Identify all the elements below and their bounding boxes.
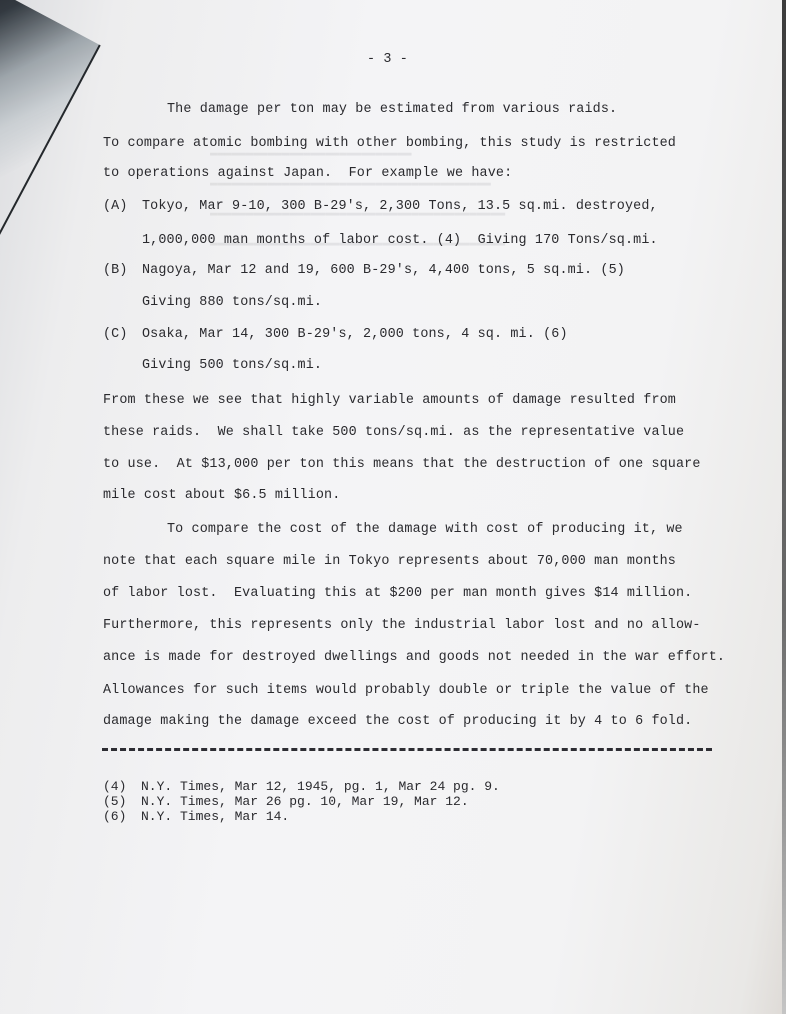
example-a-line-2: 1,000,000 man months of labor cost. (4) …	[142, 233, 658, 248]
example-a-line-1: Tokyo, Mar 9-10, 300 B-29's, 2,300 Tons,…	[142, 199, 658, 214]
paragraph-1-line-3: to operations against Japan. For example…	[103, 166, 512, 181]
footnote-5: (5)N.Y. Times, Mar 26 pg. 10, Mar 19, Ma…	[103, 794, 469, 809]
document-page: ▬▬▬▬▬▬▬▬▬▬▬▬▬▬▬▬▬▬▬▬▬▬▬▬▬▬▬▬ ▬▬▬▬▬▬▬▬▬▬▬…	[0, 0, 786, 1014]
paragraph-3-line-2: note that each square mile in Tokyo repr…	[103, 554, 676, 569]
paragraph-3-line-7: damage making the damage exceed the cost…	[103, 714, 692, 729]
example-b-line-1: Nagoya, Mar 12 and 19, 600 B-29's, 4,400…	[142, 263, 625, 278]
paragraph-3-line-1: To compare the cost of the damage with c…	[167, 522, 683, 537]
paragraph-3-line-5: ance is made for destroyed dwellings and…	[103, 650, 725, 665]
footnote-divider	[102, 748, 712, 751]
footnote-4: (4)N.Y. Times, Mar 12, 1945, pg. 1, Mar …	[103, 779, 500, 794]
paragraph-2-line-3: to use. At $13,000 per ton this means th…	[103, 457, 701, 472]
paragraph-3-line-6: Allowances for such items would probably…	[103, 683, 709, 698]
page-number: - 3 -	[367, 52, 408, 67]
footnote-text: N.Y. Times, Mar 26 pg. 10, Mar 19, Mar 1…	[141, 794, 469, 809]
paragraph-1-line-1: The damage per ton may be estimated from…	[167, 102, 617, 117]
footnote-number: (5)	[103, 794, 141, 809]
paragraph-1-line-2: To compare atomic bombing with other bom…	[103, 136, 676, 151]
footnote-number: (6)	[103, 809, 141, 824]
paragraph-2-line-4: mile cost about $6.5 million.	[103, 488, 340, 503]
example-b-line-2: Giving 880 tons/sq.mi.	[142, 295, 322, 310]
footnote-6: (6)N.Y. Times, Mar 14.	[103, 809, 289, 824]
page-curl-shadow	[0, 0, 101, 275]
example-c-line-1: Osaka, Mar 14, 300 B-29's, 2,000 tons, 4…	[142, 327, 568, 342]
footnote-number: (4)	[103, 779, 141, 794]
paragraph-2-line-1: From these we see that highly variable a…	[103, 393, 676, 408]
paragraph-3-line-4: Furthermore, this represents only the in…	[103, 618, 701, 633]
footnote-text: N.Y. Times, Mar 12, 1945, pg. 1, Mar 24 …	[141, 779, 500, 794]
example-b-label: (B)	[103, 263, 128, 278]
example-c-line-2: Giving 500 tons/sq.mi.	[142, 358, 322, 373]
example-c-label: (C)	[103, 327, 128, 342]
page-edge	[782, 0, 786, 1014]
footnote-text: N.Y. Times, Mar 14.	[141, 809, 289, 824]
example-a-label: (A)	[103, 199, 128, 214]
paragraph-3-line-3: of labor lost. Evaluating this at $200 p…	[103, 586, 692, 601]
paragraph-2-line-2: these raids. We shall take 500 tons/sq.m…	[103, 425, 684, 440]
